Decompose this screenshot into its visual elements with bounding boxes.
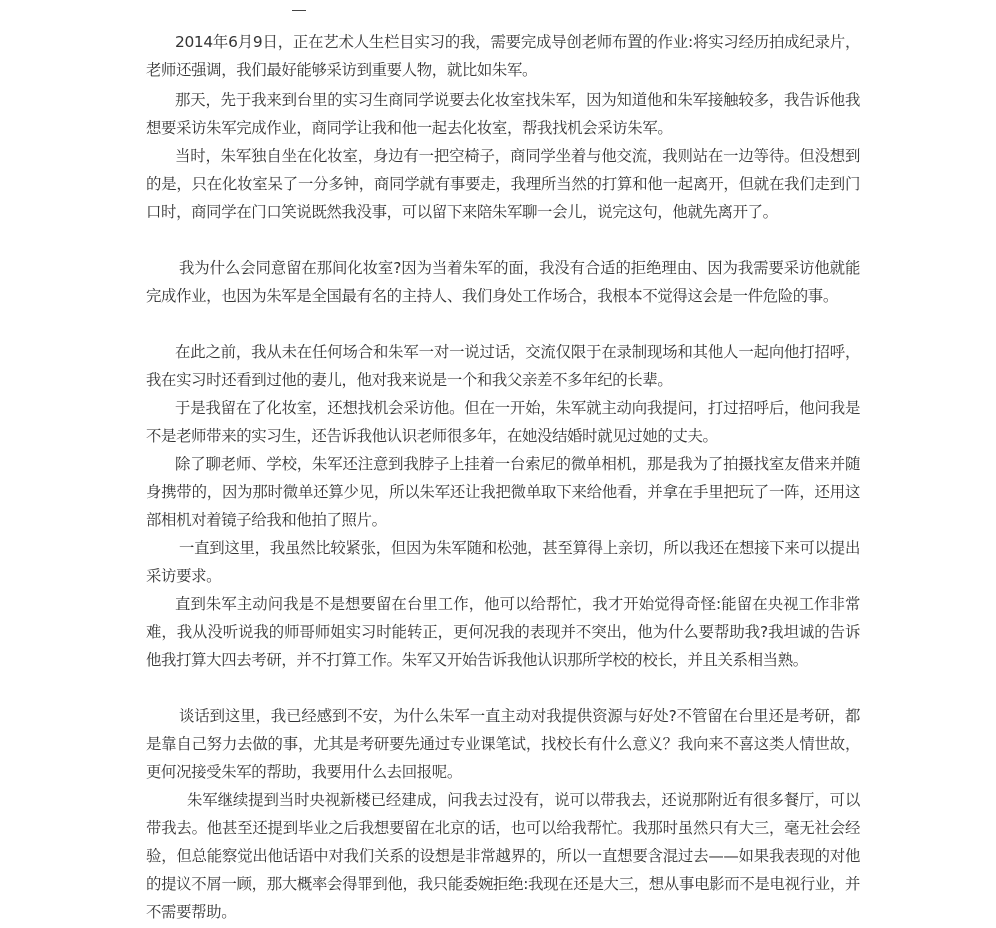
paragraph: 朱军继续提到当时央视新楼已经建成，问我去过没有，说可以带我去，还说那附近有很多餐… xyxy=(146,786,860,926)
paragraph: 那天，先于我来到台里的实习生商同学说要去化妆室找朱军，因为知道他和朱军接触较多，… xyxy=(146,86,860,142)
paragraph: 我为什么会同意留在那间化妆室?因为当着朱军的面，我没有合适的拒绝理由、因为我需要… xyxy=(146,254,860,310)
paragraph: 谈话到这里，我已经感到不安，为什么朱军一直主动对我提供资源与好处?不管留在台里还… xyxy=(146,702,860,786)
paragraph: 在此之前，我从未在任何场合和朱军一对一说过话，交流仅限于在录制现场和其他人一起向… xyxy=(146,338,860,394)
paragraph: 一直到这里，我虽然比较紧张，但因为朱军随和松弛，甚至算得上亲切，所以我还在想接下… xyxy=(146,534,860,590)
paragraph: 直到朱军主动问我是不是想要留在台里工作，他可以给帮忙，我才开始觉得奇怪:能留在央… xyxy=(146,590,860,674)
paragraph: 除了聊老师、学校，朱军还注意到我脖子上挂着一台索尼的微单相机，那是我为了拍摄找室… xyxy=(146,450,860,534)
separator-dash xyxy=(292,10,306,11)
paragraph: 2014年6月9日，正在艺术人生栏目实习的我，需要完成导创老师布置的作业:将实习… xyxy=(146,28,860,84)
paragraph: 于是我留在了化妆室，还想找机会采访他。但在一开始，朱军就主动向我提问，打过招呼后… xyxy=(146,394,860,450)
paragraph: 当时，朱军独自坐在化妆室，身边有一把空椅子，商同学坐着与他交流，我则站在一边等待… xyxy=(146,142,860,226)
